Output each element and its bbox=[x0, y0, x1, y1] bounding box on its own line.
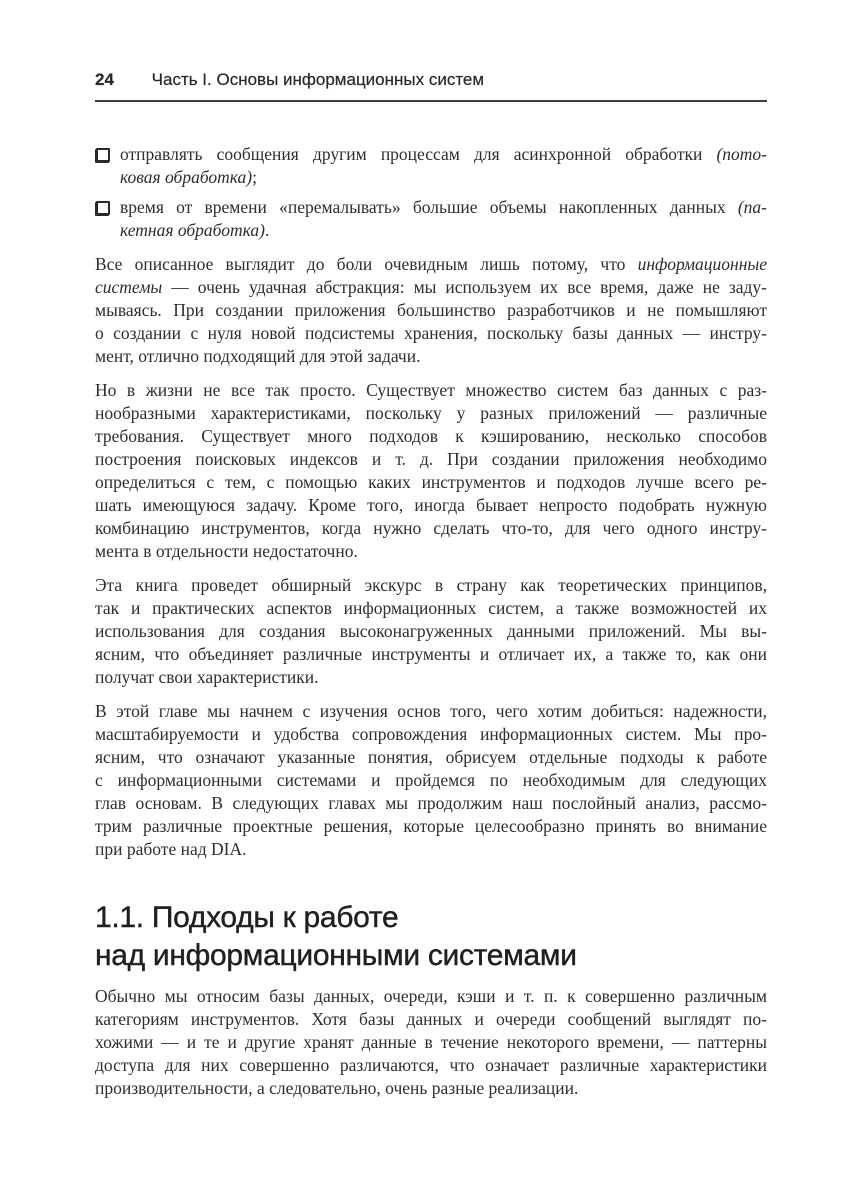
list-item: отправлять сообщения другим процессам дл… bbox=[95, 143, 767, 189]
text-line: мента в отдельности недостаточно. bbox=[95, 540, 767, 563]
text-line: нообразными характеристиками, поскольку … bbox=[95, 402, 767, 425]
bullet-list: отправлять сообщения другим процессам дл… bbox=[95, 143, 767, 242]
text-line: при работе над DIA. bbox=[95, 838, 767, 861]
page-number: 24 bbox=[95, 70, 114, 89]
text-line: ясним, что означают указанные понятия, о… bbox=[95, 746, 767, 769]
text-line: с информационными системами и пройдемся … bbox=[95, 769, 767, 792]
paragraph: Все описанное выглядит до боли очевидным… bbox=[95, 253, 767, 368]
text-line: доступа для них совершенно различаются, … bbox=[95, 1054, 767, 1077]
text-line: Обычно мы относим базы данных, очереди, … bbox=[95, 985, 767, 1008]
text-line: Эта книга проведет обширный экскурс в ст… bbox=[95, 574, 767, 597]
paragraph: Обычно мы относим базы данных, очереди, … bbox=[95, 985, 767, 1100]
text-line: 1.1. Подходы к работе bbox=[95, 899, 767, 937]
text-line: отправлять сообщения другим процессам дл… bbox=[120, 143, 767, 166]
text-line: хожими — и те и другие хранят данные в т… bbox=[95, 1031, 767, 1054]
text-line: требования. Существует много подходов к … bbox=[95, 425, 767, 448]
square-bullet-icon bbox=[96, 148, 110, 162]
text-line: использования для создания высоконагруже… bbox=[95, 620, 767, 643]
text-line: построения поисковых индексов и т. д. Пр… bbox=[95, 448, 767, 471]
text-line: определиться с тем, с помощью каких инст… bbox=[95, 471, 767, 494]
text-line: мываясь. При создании приложения большин… bbox=[95, 299, 767, 322]
paragraph: Эта книга проведет обширный экскурс в ст… bbox=[95, 574, 767, 689]
text-line: ясним, что объединяет различные инструме… bbox=[95, 643, 767, 666]
text-line: комбинацию инструментов, когда нужно сде… bbox=[95, 517, 767, 540]
text-line: производительности, а следовательно, оче… bbox=[95, 1077, 767, 1100]
text-line: над информационными системами bbox=[95, 937, 767, 975]
page-header: 24 Часть I. Основы информационных систем bbox=[95, 0, 767, 102]
text-line: категориям инструментов. Хотя базы данны… bbox=[95, 1008, 767, 1031]
text-line: глав основам. В следующих главах мы прод… bbox=[95, 792, 767, 815]
text-line: масштабируемости и удобства сопровождени… bbox=[95, 723, 767, 746]
text-line: В этой главе мы начнем с изучения основ … bbox=[95, 700, 767, 723]
text-line: ковая обработка); bbox=[120, 166, 767, 189]
text-line: кетная обработка). bbox=[120, 219, 767, 242]
text-line: так и практических аспектов информационн… bbox=[95, 597, 767, 620]
text-line: Все описанное выглядит до боли очевидным… bbox=[95, 253, 767, 276]
text-line: шать имеющуюся задачу. Кроме того, иногд… bbox=[95, 494, 767, 517]
text-line: мент, отлично подходящий для этой задачи… bbox=[95, 345, 767, 368]
book-page: 24 Часть I. Основы информационных систем… bbox=[0, 0, 849, 1200]
list-item-text: время от времени «перемалывать» большие … bbox=[120, 196, 767, 242]
text-line: системы — очень удачная абстракция: мы и… bbox=[95, 276, 767, 299]
text-line: о создании с нуля новой подсистемы хране… bbox=[95, 322, 767, 345]
text-line: время от времени «перемалывать» большие … bbox=[120, 196, 767, 219]
paragraph: В этой главе мы начнем с изучения основ … bbox=[95, 700, 767, 861]
list-item: время от времени «перемалывать» большие … bbox=[95, 196, 767, 242]
text-line: получат свои характеристики. bbox=[95, 666, 767, 689]
text-line: трим различные проектные решения, которы… bbox=[95, 815, 767, 838]
square-bullet-icon bbox=[96, 201, 110, 215]
text-line: Но в жизни не все так просто. Существует… bbox=[95, 379, 767, 402]
section-heading: 1.1. Подходы к работенад информационными… bbox=[95, 899, 767, 975]
list-item-text: отправлять сообщения другим процессам дл… bbox=[120, 143, 767, 189]
running-head: Часть I. Основы информационных систем bbox=[152, 70, 484, 89]
paragraph: Но в жизни не все так просто. Существует… bbox=[95, 379, 767, 563]
